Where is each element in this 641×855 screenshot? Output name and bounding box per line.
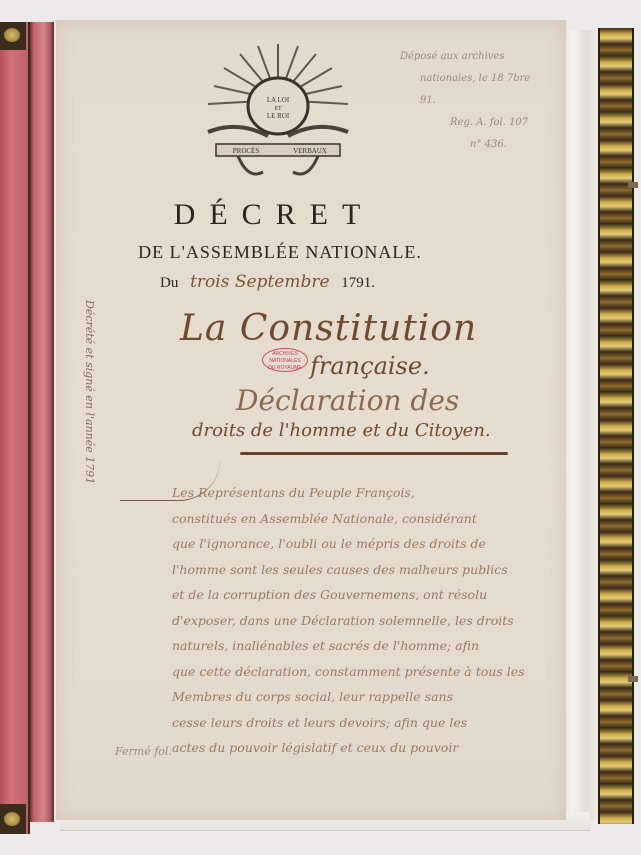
page-stack-edge <box>560 30 600 820</box>
date-year: 1791. <box>341 275 375 291</box>
date-handwritten: trois Septembre <box>190 272 329 292</box>
body-line: Membres du corps social, leur rappelle s… <box>172 684 562 710</box>
clasp-top <box>628 182 638 188</box>
body-line: que cette déclaration, constamment prése… <box>172 659 562 685</box>
book-spine <box>30 22 54 822</box>
note-line: 91. <box>400 90 530 112</box>
stamp-line: ARCHIVES <box>263 351 307 358</box>
archival-note-top-right: Déposé aux archives nationales, le 18 7b… <box>400 46 530 156</box>
assembly-subtitle: DE L'ASSEMBLÉE NATIONALE. <box>100 242 460 263</box>
body-line: que l'ignorance, l'oubli ou le mépris de… <box>172 531 562 557</box>
heading-underline <box>240 452 508 455</box>
svg-text:LA LOI: LA LOI <box>267 96 290 104</box>
body-line: Les Représentans du Peuple François, <box>172 480 562 506</box>
body-line: et de la corruption des Gouvernemens, on… <box>172 582 562 608</box>
body-line: constitués en Assemblée Nationale, consi… <box>172 506 562 532</box>
svg-text:LE ROI: LE ROI <box>267 112 290 120</box>
heading-francaise: française. <box>310 352 430 380</box>
note-line: Reg. A. fol. 107 <box>400 112 530 134</box>
gilt-corner-top <box>0 22 26 50</box>
decree-date: Du trois Septembre 1791. <box>160 272 420 292</box>
stamp-line: DU ROYAUME <box>263 365 307 372</box>
body-line: l'homme sont les seules causes des malhe… <box>172 557 562 583</box>
svg-text:PROCÈS: PROCÈS <box>233 147 260 155</box>
gilt-border-right <box>598 28 634 824</box>
royal-emblem-icon: LA LOI ET LE ROI PROCÈS VERBAUX <box>198 40 358 185</box>
margin-note-vertical: Décrété et signé en l'année 1791 <box>83 300 96 484</box>
note-line: nationales, le 18 7bre <box>400 68 530 90</box>
book-cover-left <box>0 22 30 834</box>
note-line: n° 436. <box>400 134 530 156</box>
heading-droits: droits de l'homme et du Citoyen. <box>192 420 491 441</box>
heading-constitution: La Constitution <box>180 308 477 349</box>
body-line: d'exposer, dans une Déclaration solemnel… <box>172 608 562 634</box>
stamp-line: NATIONALES <box>263 358 307 365</box>
gilt-corner-bottom <box>0 804 26 834</box>
archives-stamp: ARCHIVES NATIONALES DU ROYAUME <box>262 348 308 372</box>
svg-text:VERBAUX: VERBAUX <box>293 147 327 155</box>
margin-note-bottom: Fermé fol. <box>115 745 172 758</box>
body-line: actes du pouvoir législatif et ceux du p… <box>172 735 562 761</box>
date-prefix: Du <box>160 275 178 291</box>
note-line: Déposé aux archives <box>400 46 530 68</box>
heading-declaration: Déclaration des <box>236 384 459 417</box>
body-line: naturels, inaliénables et sacrés de l'ho… <box>172 633 562 659</box>
decree-title: DÉCRET <box>124 198 424 232</box>
body-line: cesse leurs droits et leurs devoirs; afi… <box>172 710 562 736</box>
clasp-bottom <box>628 676 638 682</box>
preamble-text: Les Représentans du Peuple François, con… <box>172 480 562 761</box>
